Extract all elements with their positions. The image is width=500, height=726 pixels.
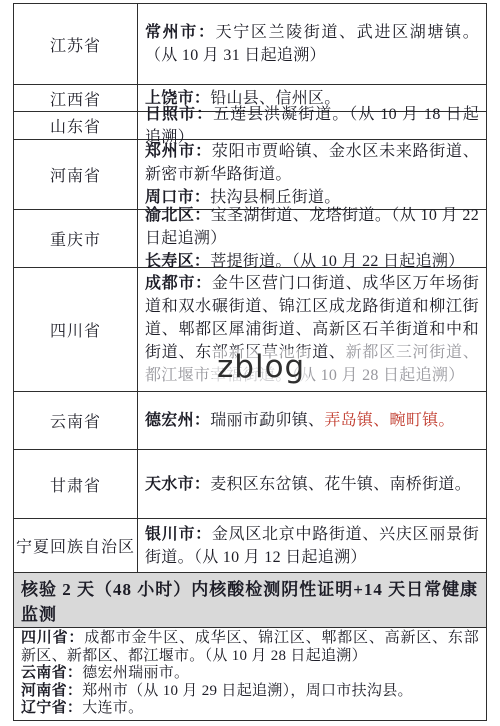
province-cell: 江苏省 bbox=[14, 4, 138, 84]
entry: 郑州市：荥阳市贾峪镇、金水区未来路街道、新密市新华路街道。 bbox=[145, 140, 479, 186]
detail-cell: 天水市：麦积区东岔镇、花牛镇、南桥街道。 bbox=[138, 450, 486, 518]
province-name: 云南省 bbox=[50, 409, 101, 432]
province-name: 宁夏回族自治区 bbox=[16, 534, 135, 557]
entry-text: 麦积区东岔镇、花牛镇、南桥街道。 bbox=[210, 476, 471, 493]
city-label: 德宏州： bbox=[145, 412, 210, 429]
detail-cell: 成都市：金牛区营门口街道、成华区万年场街道和双水碾街道、锦江区成龙路街道和柳江街… bbox=[138, 268, 486, 391]
footer-line-text: 德宏州瑞丽市。 bbox=[82, 665, 189, 681]
detail-cell: 常州市：天宁区兰陵街道、武进区湖塘镇。（从 10 月 31 日起追溯） bbox=[138, 4, 486, 84]
entry: 常州市：天宁区兰陵街道、武进区湖塘镇。（从 10 月 31 日起追溯） bbox=[145, 21, 479, 67]
province-name: 甘肃省 bbox=[50, 473, 101, 496]
detail-cell: 渝北区：宝圣湖街道、龙塔街道。（从 10 月 22 日起追溯） 长寿区：菩提街道… bbox=[138, 210, 486, 267]
entry-text-red: 弄岛镇、畹町镇。 bbox=[324, 412, 454, 429]
page: 江苏省 常州市：天宁区兰陵街道、武进区湖塘镇。（从 10 月 31 日起追溯） … bbox=[0, 0, 500, 726]
province-cell: 河南省 bbox=[14, 140, 138, 209]
detail-cell: 德宏州：瑞丽市勐卯镇、弄岛镇、畹町镇。 bbox=[138, 392, 486, 449]
footer-line: 云南省：德宏州瑞丽市。 bbox=[21, 665, 479, 683]
province-name: 江苏省 bbox=[50, 33, 101, 56]
detail-cell: 日照市：五莲县洪凝街道。（从 10 月 18 日起追溯） bbox=[138, 112, 486, 139]
footer-block: 四川省：成都市金牛区、成华区、锦江区、郫都区、高新区、东部新区、新都区、都江堰市… bbox=[14, 628, 486, 720]
entry-text: 瑞丽市勐卯镇、 bbox=[210, 412, 324, 429]
entry: 天水市：麦积区东岔镇、花牛镇、南桥街道。 bbox=[145, 473, 479, 496]
footer-province-label: 四川省： bbox=[21, 630, 84, 646]
entry: 德宏州：瑞丽市勐卯镇、弄岛镇、畹町镇。 bbox=[145, 409, 479, 432]
footer-province-label: 辽宁省： bbox=[21, 700, 82, 716]
city-label: 天水市： bbox=[145, 476, 210, 493]
province-name: 四川省 bbox=[50, 318, 101, 341]
province-name: 山东省 bbox=[50, 114, 101, 137]
province-cell: 江西省 bbox=[14, 85, 138, 111]
province-cell: 云南省 bbox=[14, 392, 138, 449]
table-row-chongqing: 重庆市 渝北区：宝圣湖街道、龙塔街道。（从 10 月 22 日起追溯） 长寿区：… bbox=[14, 210, 486, 268]
province-name: 重庆市 bbox=[50, 227, 101, 250]
province-cell: 山东省 bbox=[14, 112, 138, 139]
table-row-gansu: 甘肃省 天水市：麦积区东岔镇、花牛镇、南桥街道。 bbox=[14, 450, 486, 519]
province-cell: 四川省 bbox=[14, 268, 138, 391]
footer-line: 河南省：郑州市（从 10 月 29 日起追溯），周口市扶沟县。 bbox=[21, 683, 479, 701]
footer-line-text: 郑州市（从 10 月 29 日起追溯），周口市扶沟县。 bbox=[82, 683, 413, 699]
province-cell: 甘肃省 bbox=[14, 450, 138, 518]
entry: 成都市：金牛区营门口街道、成华区万年场街道和双水碾街道、锦江区成龙路街道和柳江街… bbox=[145, 272, 479, 387]
table-row-henan: 河南省 郑州市：荥阳市贾峪镇、金水区未来路街道、新密市新华路街道。 周口市：扶沟… bbox=[14, 140, 486, 210]
province-name: 河南省 bbox=[50, 163, 101, 186]
province-cell: 宁夏回族自治区 bbox=[14, 519, 138, 572]
entry: 渝北区：宝圣湖街道、龙塔街道。（从 10 月 22 日起追溯） bbox=[145, 204, 479, 250]
table-row-yunnan: 云南省 德宏州：瑞丽市勐卯镇、弄岛镇、畹町镇。 bbox=[14, 392, 486, 450]
detail-cell: 银川市：金凤区北京中路街道、兴庆区丽景街街道。（从 10 月 12 日起追溯） bbox=[138, 519, 486, 572]
table-row-shandong: 山东省 日照市：五莲县洪凝街道。（从 10 月 18 日起追溯） bbox=[14, 112, 486, 140]
table-row-jiangsu: 江苏省 常州市：天宁区兰陵街道、武进区湖塘镇。（从 10 月 31 日起追溯） bbox=[14, 4, 486, 85]
city-label: 日照市： bbox=[145, 106, 213, 123]
province-name: 江西省 bbox=[50, 87, 101, 110]
entry: 银川市：金凤区北京中路街道、兴庆区丽景街街道。（从 10 月 12 日起追溯） bbox=[145, 523, 479, 569]
city-label: 常州市： bbox=[145, 24, 216, 41]
footer-line-text: 成都市金牛区、成华区、锦江区、郫都区、高新区、东部新区、新都区、都江堰市。（从 … bbox=[21, 630, 479, 664]
city-label: 银川市： bbox=[145, 526, 212, 543]
watermark: zblog bbox=[213, 349, 309, 385]
notice-text: 核验 2 天（48 小时）内核酸检测阴性证明+14 天日常健康监测 bbox=[21, 575, 479, 625]
footer-line-text: 大连市。 bbox=[82, 700, 143, 716]
notice-bar: 核验 2 天（48 小时）内核酸检测阴性证明+14 天日常健康监测 bbox=[14, 573, 486, 628]
footer-province-label: 河南省： bbox=[21, 683, 82, 699]
footer-line: 辽宁省：大连市。 bbox=[21, 700, 479, 718]
city-label: 郑州市： bbox=[145, 143, 212, 160]
footer-line: 四川省：成都市金牛区、成华区、锦江区、郫都区、高新区、东部新区、新都区、都江堰市… bbox=[21, 630, 479, 665]
detail-cell: 郑州市：荥阳市贾峪镇、金水区未来路街道、新密市新华路街道。 周口市：扶沟县桐丘街… bbox=[138, 140, 486, 209]
footer-province-label: 云南省： bbox=[21, 665, 82, 681]
city-label: 渝北区： bbox=[145, 207, 211, 224]
table-row-ningxia: 宁夏回族自治区 银川市：金凤区北京中路街道、兴庆区丽景街街道。（从 10 月 1… bbox=[14, 519, 486, 573]
province-cell: 重庆市 bbox=[14, 210, 138, 267]
city-label: 成都市： bbox=[145, 275, 212, 292]
